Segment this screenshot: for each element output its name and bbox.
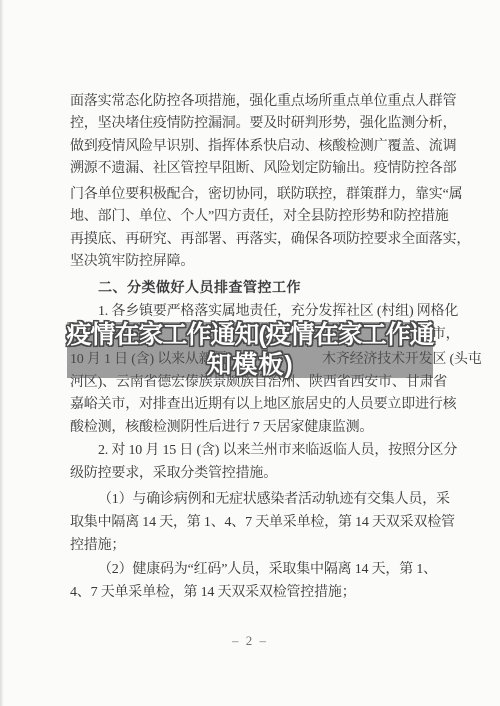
page-title: 疫情在家工作通知(疫情在家工作通 知模板)	[25, 320, 475, 380]
document-line: 再摸底、再研究、再部署、再落实，确保各项防控要求全面落实，	[70, 229, 474, 251]
document-line: 地、部门、单位、个人”四方责任，对全县防控形势和防控措施	[70, 206, 474, 228]
document-line: 面落实常态化防控各项措施，强化重点场所重点单位重点人群管	[70, 91, 474, 113]
section-heading: 二、分类做好人员排查管控工作	[70, 276, 500, 298]
document-line: 坚决筑牢防控屏障。	[70, 251, 474, 273]
page-number: – 2 –	[0, 633, 500, 649]
document-line: 2. 对 10 月 15 日 (含) 以来兰州市来临返临人员，按照分区分	[70, 440, 500, 462]
document-line: 控措施；	[70, 535, 474, 557]
document-line: 级防控要求，采取分类管控措施。	[70, 463, 474, 485]
document-line: 做到疫情风险早识别、指挥体系快启动、核酸检测广覆盖、流调	[70, 136, 474, 158]
page-title-line1: 疫情在家工作通知(疫情在家工作通	[25, 320, 475, 350]
document-line: 溯源不遗漏、社区管控早阻断、风险划定防输出。疫情防控各部	[70, 158, 474, 180]
document-line: 取集中隔离 14 天，第 1、4、7 天单采单检，第 14 天双采双检管	[70, 512, 474, 534]
document-line: （2）健康码为“红码”人员，采取集中隔离 14 天，第 1、	[70, 559, 500, 581]
scanned-document-page: 面落实常态化防控各项措施，强化重点场所重点单位重点人群管 控，坚决堵住疫情防控漏…	[0, 0, 500, 706]
document-line: 嘉峪关市，对排查出近期有以上地区旅居史的人员要立即进行核	[70, 394, 474, 416]
document-line: （1）与确诊病例和无症状感染者活动轨迹有交集人员，采	[70, 489, 500, 511]
document-line: 4、7 天单采单检，第 14 天双采双检管控措施；	[70, 582, 474, 604]
document-line: 酸检测，核酸检测阴性后进行 7 天居家健康监测。	[70, 417, 474, 439]
page-title-line2: 知模板)	[25, 350, 475, 380]
document-line: 门各单位要积极配合，密切协同，联防联控，群策群力，靠实“属	[70, 184, 474, 206]
document-line: 控，坚决堵住疫情防控漏洞。要及时研判形势，强化监测分析，	[70, 113, 474, 135]
